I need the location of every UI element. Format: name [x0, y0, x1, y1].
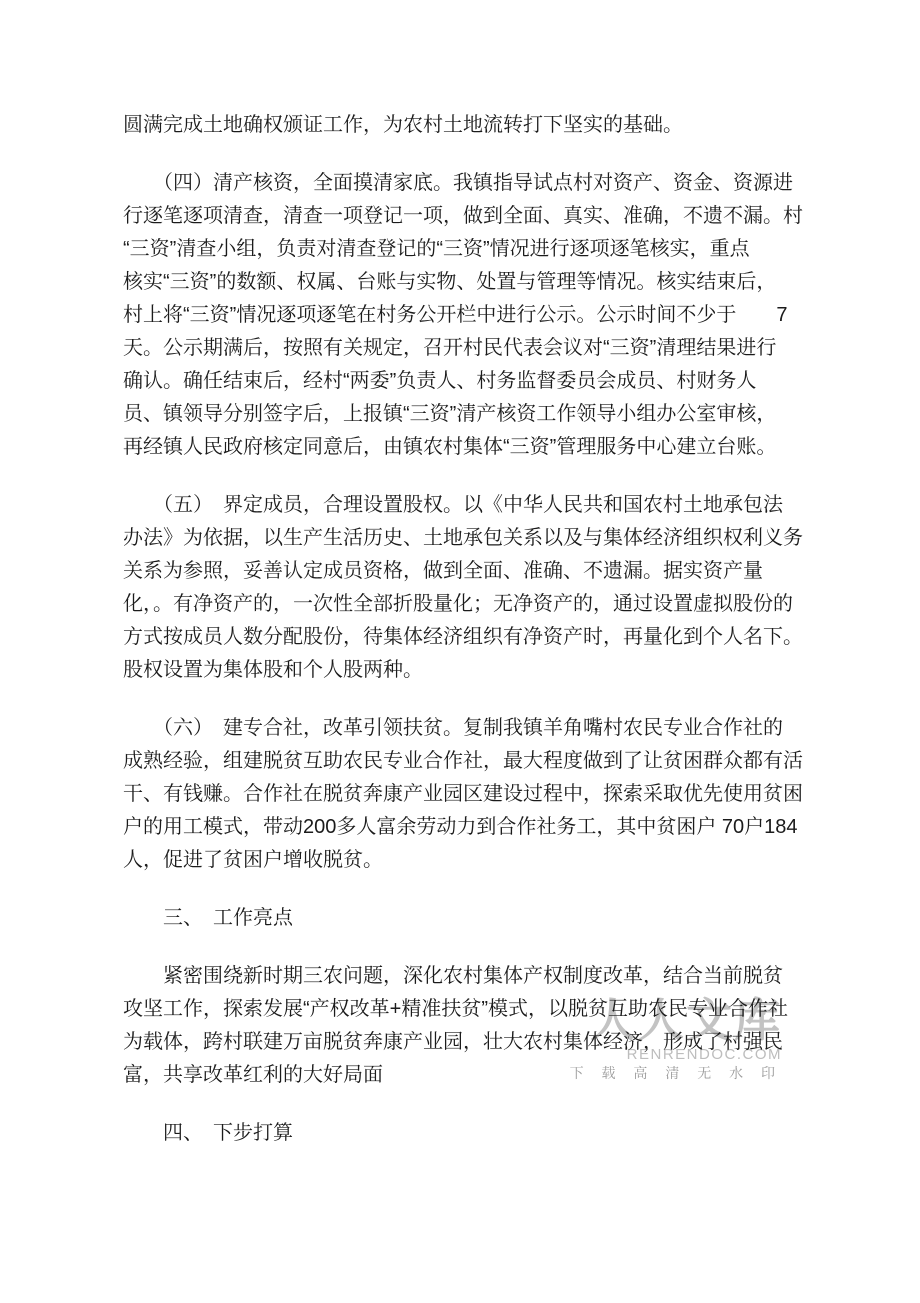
- text-line: 四、 下步打算: [123, 1117, 823, 1150]
- text-line: 办法》为依据，以生产生活历史、土地承包关系以及与集体经济组织权利义务: [123, 522, 823, 555]
- text-line: “三资”清查小组，负责对清查登记的“三资”情况进行逐项逐笔核实，重点: [123, 233, 823, 266]
- paragraph: 紧密围绕新时期三农问题，深化农村集体产权制度改革，结合当前脱贫攻坚工作，探索发展…: [123, 960, 823, 1092]
- text-line: 核实“三资”的数额、权属、台账与实物、处置与管理等情况。核实结束后，: [123, 266, 823, 299]
- text-line: 紧密围绕新时期三农问题，深化农村集体产权制度改革，结合当前脱贫: [123, 960, 823, 993]
- text-line: 攻坚工作，探索发展“产权改革+精准扶贫”模式，以脱贫互助农民专业合作社: [123, 993, 823, 1026]
- text-line: 再经镇人民政府核定同意后，由镇农村集体“三资”管理服务中心建立台账。: [123, 431, 823, 464]
- paragraph: 圆满完成土地确权颁证工作，为农村土地流转打下坚实的基础。: [123, 109, 823, 142]
- text-line: 为载体，跨村联建万亩脱贫奔康产业园，壮大农村集体经济，形成了村强民: [123, 1026, 823, 1059]
- section-heading: 四、 下步打算: [123, 1117, 823, 1150]
- text-line: （四）清产核资，全面摸清家底。我镇指导试点村对资产、资金、资源进: [123, 167, 823, 200]
- text-line: 干、有钱赚。合作社在脱贫奔康产业园区建设过程中，探索采取优先使用贫困: [123, 778, 823, 811]
- paragraph: （六） 建专合社，改革引领扶贫。复制我镇羊角嘴村农民专业合作社的成熟经验，组建脱…: [123, 712, 823, 877]
- document-body: 圆满完成土地确权颁证工作，为农村土地流转打下坚实的基础。 （四）清产核资，全面摸…: [123, 109, 823, 1150]
- text-line: 化，。有净资产的，一次性全部折股量化；无净资产的，通过设置虚拟股份的: [123, 588, 823, 621]
- paragraph: （五） 界定成员，合理设置股权。以《中华人民共和国农村土地承包法办法》为依据，以…: [123, 489, 823, 687]
- text-line: 股权设置为集体股和个人股两种。: [123, 654, 823, 687]
- section-heading: 三、 工作亮点: [123, 902, 823, 935]
- text-line: 富，共享改革红利的大好局面: [123, 1059, 823, 1092]
- text-line: 方式按成员人数分配股份，待集体经济组织有净资产时，再量化到个人名下。: [123, 621, 823, 654]
- text-line: 员、镇领导分别签字后，上报镇“三资”清产核资工作领导小组办公室审核，: [123, 398, 823, 431]
- text-line: 村上将“三资”情况逐项逐笔在村务公开栏中进行公示。公示时间不少于 7: [123, 299, 823, 332]
- text-line: 圆满完成土地确权颁证工作，为农村土地流转打下坚实的基础。: [123, 109, 823, 142]
- text-line: （五） 界定成员，合理设置股权。以《中华人民共和国农村土地承包法: [123, 489, 823, 522]
- text-line: 人，促进了贫困户增收脱贫。: [123, 844, 823, 877]
- text-line: 三、 工作亮点: [123, 902, 823, 935]
- text-line: 户的用工模式，带动200多人富余劳动力到合作社务工，其中贫困户 70户184: [123, 811, 823, 844]
- text-line: 确认。确任结束后，经村“两委”负责人、村务监督委员会成员、村财务人: [123, 365, 823, 398]
- text-line: （六） 建专合社，改革引领扶贫。复制我镇羊角嘴村农民专业合作社的: [123, 712, 823, 745]
- text-line: 天。公示期满后，按照有关规定，召开村民代表会议对“三资”清理结果进行: [123, 332, 823, 365]
- paragraph: （四）清产核资，全面摸清家底。我镇指导试点村对资产、资金、资源进行逐笔逐项清查，…: [123, 167, 823, 464]
- document-page: 人人文库 RENRENDOC.COM 下 载 高 清 无 水 印 圆满完成土地确…: [0, 0, 920, 1303]
- text-line: 成熟经验，组建脱贫互助农民专业合作社，最大程度做到了让贫困群众都有活: [123, 745, 823, 778]
- text-line: 行逐笔逐项清查，清查一项登记一项，做到全面、真实、准确，不遗不漏。村: [123, 200, 823, 233]
- text-line: 关系为参照，妥善认定成员资格，做到全面、准确、不遗漏。据实资产量: [123, 555, 823, 588]
